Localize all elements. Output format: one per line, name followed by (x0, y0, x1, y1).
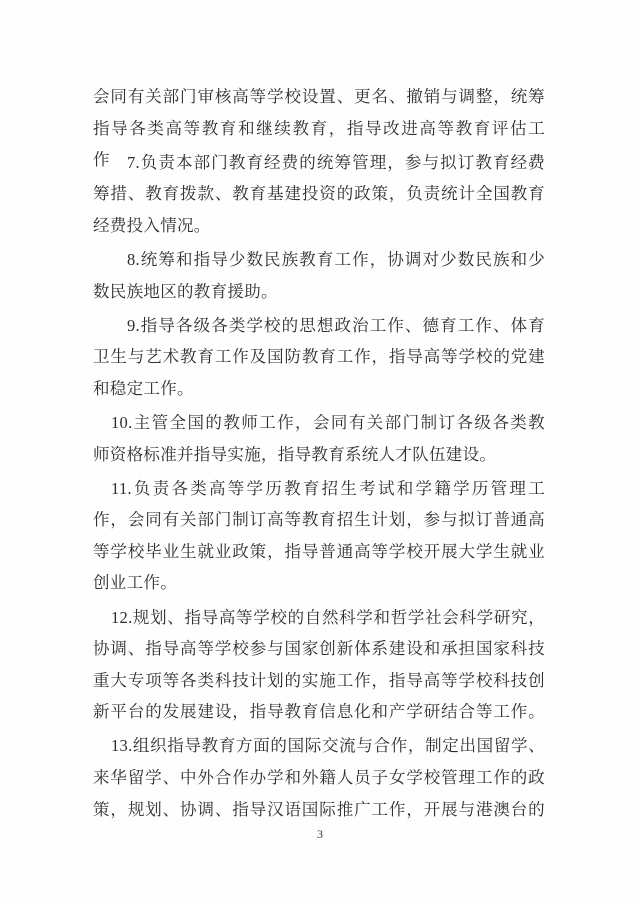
text-line: 协调、指导高等学校参与国家创新体系建设和承担国家科技 (93, 633, 545, 665)
text-line: 数民族地区的教育援助。 (93, 276, 545, 308)
paragraph: 8.统筹和指导少数民族教育工作，协调对少数民族和少数民族地区的教育援助。 (93, 244, 545, 307)
text-line: 来华留学、中外合作办学和外籍人员子女学校管理工作的政 (93, 762, 545, 794)
text-line: 重大专项等各类科技计划的实施工作，指导高等学校科技创 (93, 665, 545, 697)
text-line: 策，规划、协调、指导汉语国际推广工作，开展与港澳台的 (93, 794, 545, 826)
paragraph: 会同有关部门审核高等学校设置、更名、撤销与调整，统筹指导各类高等教育和继续教育，… (93, 81, 545, 144)
text-line: 11.负责各类高等学历教育招生考试和学籍学历管理工 (93, 473, 545, 505)
text-line: 10.主管全国的教师工作，会同有关部门制订各级各类教 (93, 407, 545, 439)
text-line: 卫生与艺术教育工作及国防教育工作，指导高等学校的党建 (93, 341, 545, 373)
text-line: 7.负责本部门教育经费的统筹管理，参与拟订教育经费 (93, 147, 545, 179)
text-line: 创业工作。 (93, 567, 545, 599)
paragraph: 12.规划、指导高等学校的自然科学和哲学社会科学研究，协调、指导高等学校参与国家… (93, 602, 545, 728)
text-line: 经费投入情况。 (93, 210, 545, 242)
text-line: 13.组织指导教育方面的国际交流与合作，制定出国留学、 (93, 730, 545, 762)
text-line: 筹措、教育拨款、教育基建投资的政策，负责统计全国教育 (93, 178, 545, 210)
paragraph: 13.组织指导教育方面的国际交流与合作，制定出国留学、来华留学、中外合作办学和外… (93, 730, 545, 825)
document-page: 会同有关部门审核高等学校设置、更名、撤销与调整，统筹指导各类高等教育和继续教育，… (0, 0, 640, 905)
page-number: 3 (0, 826, 640, 843)
text-line: 9.指导各级各类学校的思想政治工作、德育工作、体育 (93, 310, 545, 342)
paragraph: 10.主管全国的教师工作，会同有关部门制订各级各类教师资格标准并指导实施，指导教… (93, 407, 545, 470)
paragraph: 7.负责本部门教育经费的统筹管理，参与拟订教育经费筹措、教育拨款、教育基建投资的… (93, 147, 545, 242)
text-line: 新平台的发展建设，指导教育信息化和产学研结合等工作。 (93, 696, 545, 728)
text-line: 8.统筹和指导少数民族教育工作，协调对少数民族和少 (93, 244, 545, 276)
text-line: 师资格标准并指导实施，指导教育系统人才队伍建设。 (93, 439, 545, 471)
text-line: 等学校毕业生就业政策，指导普通高等学校开展大学生就业 (93, 536, 545, 568)
paragraph: 9.指导各级各类学校的思想政治工作、德育工作、体育卫生与艺术教育工作及国防教育工… (93, 310, 545, 405)
paragraph: 11.负责各类高等学历教育招生考试和学籍学历管理工作，会同有关部门制订高等教育招… (93, 473, 545, 599)
text-line: 和稳定工作。 (93, 373, 545, 405)
text-line: 指导各类高等教育和继续教育，指导改进高等教育评估工作。 (93, 113, 545, 145)
text-line: 会同有关部门审核高等学校设置、更名、撤销与调整，统筹 (93, 81, 545, 113)
text-line: 12.规划、指导高等学校的自然科学和哲学社会科学研究， (93, 602, 545, 634)
document-body: 会同有关部门审核高等学校设置、更名、撤销与调整，统筹指导各类高等教育和继续教育，… (93, 81, 545, 825)
text-line: 作，会同有关部门制订高等教育招生计划，参与拟订普通高 (93, 504, 545, 536)
